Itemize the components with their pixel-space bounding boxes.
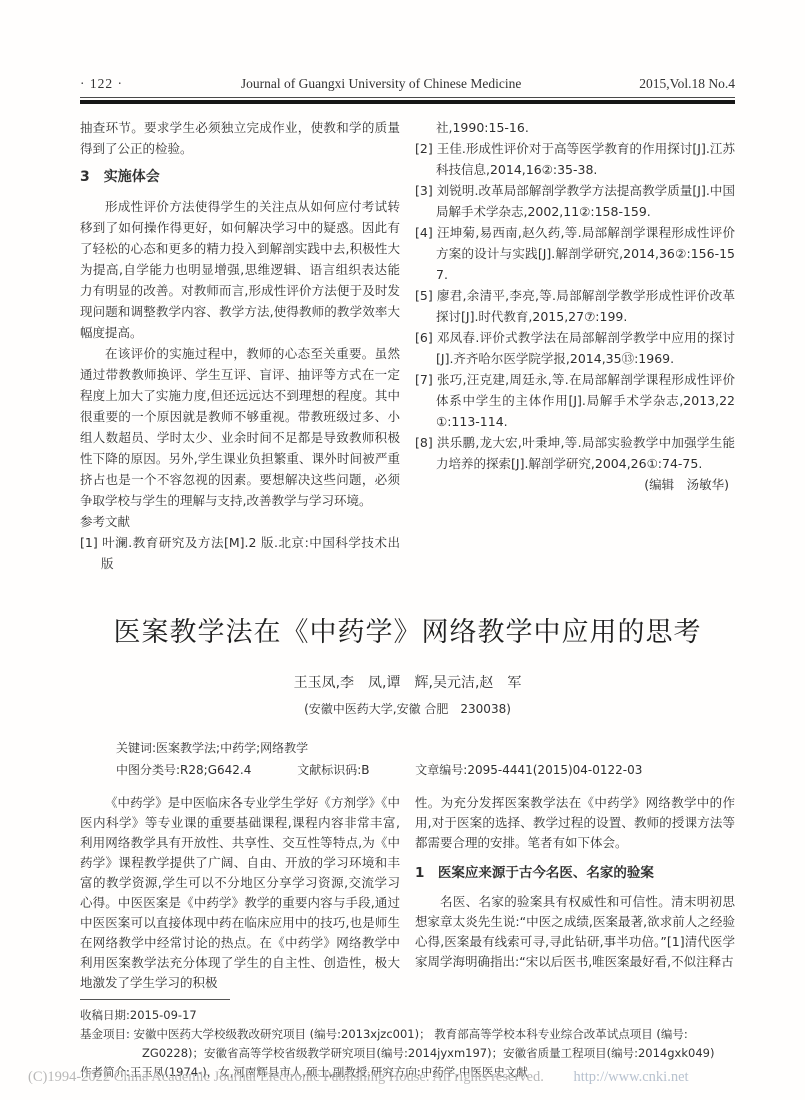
article1-right-column: 社,1990:15-16. [2] 王佳.形成性评价对于高等医学教育的作用探讨[… — [415, 117, 735, 574]
footnote-divider — [80, 999, 230, 1000]
cnki-copyright-bar: (C)1994-2022 China Academic Journal Elec… — [28, 1069, 777, 1086]
fund-project-line2: ZG0228)；安徽省高等学校省级教学研究项目(编号:2014jyxm197)；… — [80, 1044, 735, 1063]
fund-project-line1: 基金项目: 安徽中医药大学校级教改研究项目 (编号:2013xjzc001)； … — [80, 1025, 735, 1044]
reference-item: [5] 廖君,余清平,李亮,等.局部解剖学教学形成性评价改革探讨[J].时代教育… — [415, 285, 735, 327]
article-authors: 王玉凤,李 凤,谭 辉,吴元洁,赵 军 — [80, 672, 735, 692]
paragraph: 在该评价的实施过程中，教师的心态至关重要。虽然通过带教教师换评、学生互评、盲评、… — [80, 343, 400, 511]
keywords-line: 关键词:医案教学法;中药学;网络教学 — [116, 737, 735, 759]
section-heading: 1 医案应来源于古今名医、名家的验案 — [415, 863, 735, 883]
header-rule-thin — [80, 97, 735, 98]
reference-item: 社,1990:15-16. — [415, 117, 735, 138]
article-number: 文章编号:2095-4441(2015)04-0122-03 — [415, 763, 642, 777]
paragraph: 名医、名家的验案具有权威性和可信性。清末明初思想家章太炎先生说:“中医之成绩,医… — [415, 892, 735, 972]
document-code: 文献标识码:B — [297, 763, 369, 777]
article2-columns: 《中药学》是中医临床各专业学生学好《方剂学》《中医内科学》等专业课的重要基础课程… — [80, 793, 735, 993]
paragraph: 《中药学》是中医临床各专业学生学好《方剂学》《中医内科学》等专业课的重要基础课程… — [80, 793, 400, 993]
reference-item: [7] 张巧,汪克建,周廷永,等.在局部解剖学课程形成性评价体系中学生的主体作用… — [415, 369, 735, 432]
journal-title: Journal of Guangxi University of Chinese… — [241, 76, 521, 92]
clc-number: 中图分类号:R28;G642.4 — [116, 763, 251, 777]
paragraph: 形成性评价方法使得学生的关注点从如何应付考试转移到了如何操作得更好，如何解决学习… — [80, 196, 400, 343]
reference-item: [8] 洪乐鹏,龙大宏,叶秉坤,等.局部实验教学中加强学生能力培养的探索[J].… — [415, 432, 735, 474]
copyright-text: (C)1994-2022 China Academic Journal Elec… — [28, 1069, 544, 1085]
classification-line: 中图分类号:R28;G642.4 文献标识码:B 文章编号:2095-4441(… — [116, 759, 735, 781]
editor-credit: (编辑 汤敏华) — [415, 474, 735, 495]
cnki-url: http://www.cnki.net — [574, 1069, 689, 1085]
running-head: · 122 · Journal of Guangxi University of… — [80, 76, 735, 92]
article-affiliation: (安徽中医药大学,安徽 合肥 230038) — [80, 700, 735, 717]
section-heading: 3 实施体会 — [80, 167, 400, 188]
reference-item: [3] 刘锐明.改革局部解剖学教学方法提高教学质量[J].中国局解手术学杂志,2… — [415, 180, 735, 222]
article-meta: 关键词:医案教学法;中药学;网络教学 中图分类号:R28;G642.4 文献标识… — [116, 737, 735, 781]
header-rule-thick — [80, 100, 735, 104]
article2-right-column: 性。为充分发挥医案教学法在《中药学》网络教学中的作用,对于医案的选择、教学过程的… — [415, 793, 735, 993]
reference-item: [1] 叶澜.教育研究及方法[M].2 版.北京:中国科学技术出版 — [80, 532, 400, 574]
reference-item: [2] 王佳.形成性评价对于高等医学教育的作用探讨[J].江苏科技信息,2014… — [415, 138, 735, 180]
references-heading: 参考文献 — [80, 511, 400, 532]
article-title: 医案教学法在《中药学》网络教学中应用的思考 — [80, 610, 735, 649]
reference-item: [6] 邓凤春.评价式教学法在局部解剖学教学中应用的探讨[J].齐齐哈尔医学院学… — [415, 327, 735, 369]
article2-left-column: 《中药学》是中医临床各专业学生学好《方剂学》《中医内科学》等专业课的重要基础课程… — [80, 793, 400, 993]
page-number: · 122 · — [80, 76, 123, 92]
received-date: 收稿日期:2015-09-17 — [80, 1006, 735, 1025]
paragraph: 抽查环节。要求学生必须独立完成作业，使教和学的质量得到了公正的检验。 — [80, 117, 400, 159]
reference-item: [4] 汪坤菊,易西南,赵久药,等.局部解剖学课程形成性评价方案的设计与实践[J… — [415, 222, 735, 285]
issue-info: 2015,Vol.18 No.4 — [639, 76, 735, 92]
article1-left-column: 抽查环节。要求学生必须独立完成作业，使教和学的质量得到了公正的检验。 3 实施体… — [80, 117, 400, 574]
journal-page: · 122 · Journal of Guangxi University of… — [0, 0, 805, 1100]
article1-columns: 抽查环节。要求学生必须独立完成作业，使教和学的质量得到了公正的检验。 3 实施体… — [80, 117, 735, 574]
paragraph: 性。为充分发挥医案教学法在《中药学》网络教学中的作用,对于医案的选择、教学过程的… — [415, 793, 735, 853]
